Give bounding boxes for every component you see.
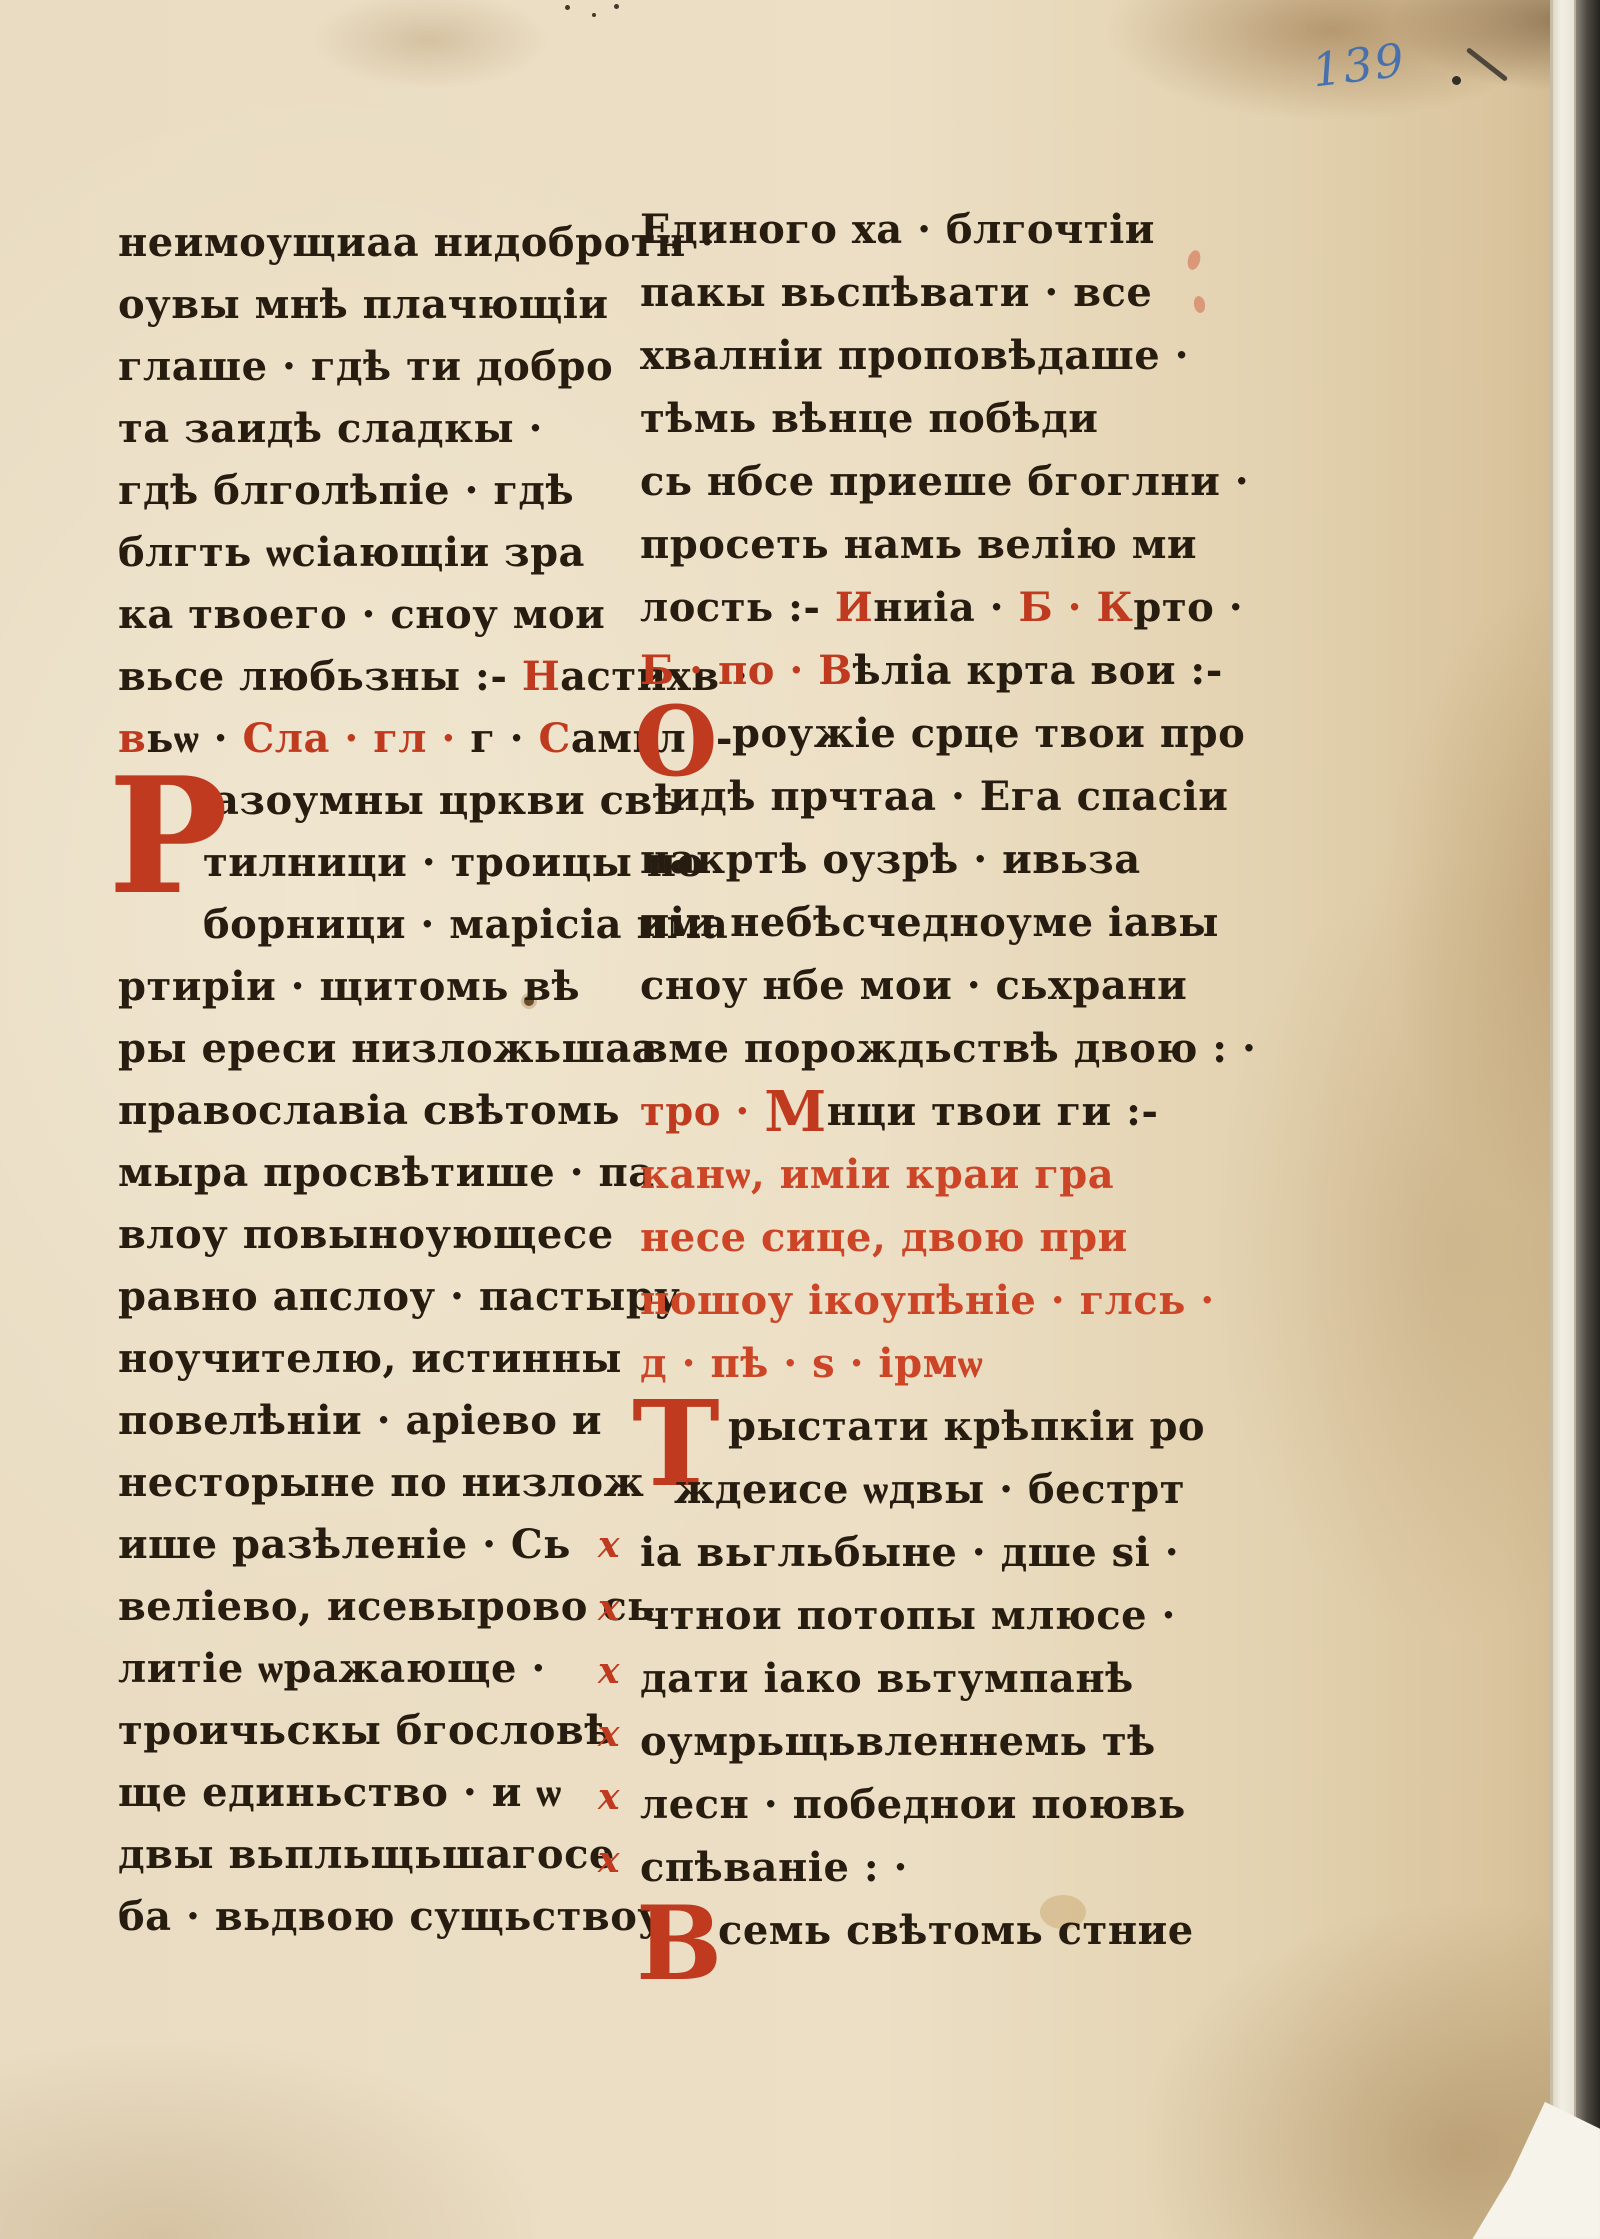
manuscript-line: хвалніи проповѣдаше · (640, 324, 1200, 387)
manuscript-line: сь нбсе приеше бгоглни · (640, 450, 1200, 513)
text-segment: сноу нбе мои · сьхрани (640, 962, 1187, 1009)
folio-number: 139 (1309, 32, 1409, 97)
manuscript-line: просеть намь велію ми (640, 513, 1200, 576)
manuscript-line: идѣ прчтаа · Ега спасіи (640, 765, 1200, 828)
text-segment: просеть намь велію ми (640, 521, 1197, 568)
manuscript-line: равно апслоу · пастыру (118, 1266, 643, 1328)
text-segment: іа вьгльбыне · дше ѕі · (640, 1529, 1179, 1576)
text-segment: несторыне по низлож (118, 1459, 644, 1506)
verse-mark-icon: х (598, 1779, 620, 1815)
manuscript-line: веліево, исевырово сь (118, 1576, 643, 1638)
manuscript-line: православіа свѣтомь (118, 1080, 643, 1142)
text-segment: роужіе срце твои про (732, 710, 1245, 757)
manuscript-line: ще единьство · и ѡ (118, 1762, 643, 1824)
manuscript-line: литіе ѡражающе · (118, 1638, 643, 1700)
text-segment: Б · К (1019, 584, 1134, 631)
text-segment: Единого ха · блгочтіи (640, 206, 1155, 253)
text-segment: г · (470, 715, 538, 762)
manuscript-line: неимоущиаа нидобротн · (118, 212, 643, 274)
manuscript-line: мыра просвѣтише · па (118, 1142, 643, 1204)
verse-mark-icon: х (598, 1590, 620, 1626)
manuscript-photo: 139 неимоущиаа нидобротн ·оувы мнѣ плачю… (0, 0, 1600, 2239)
manuscript-line: тѣмь вѣнце побѣди (640, 387, 1200, 450)
manuscript-line: Трыстати крѣпкіи ро (640, 1395, 1200, 1458)
text-segment: И (835, 584, 873, 631)
verse-mark-icon: х (598, 1653, 620, 1689)
text-segment: православіа свѣтомь (118, 1087, 620, 1134)
verse-mark-icon: х (598, 1716, 620, 1752)
manuscript-line: д · пѣ · ѕ · ірмѡ (640, 1332, 1200, 1395)
manuscript-line: сноу нбе мои · сьхрани (640, 954, 1200, 1017)
text-segment: ждеисе ѡдвы · бестрт (674, 1466, 1185, 1513)
text-segment: оумрьщьвленнемь тѣ (640, 1718, 1156, 1765)
verse-mark-icon: х (598, 1527, 620, 1563)
speck-stain (614, 4, 619, 9)
manuscript-line: несторыне по низлож (118, 1452, 643, 1514)
column-right: Единого ха · блгочтіипакы вьспѣвати · вс… (640, 198, 1200, 1962)
text-segment: хвалніи проповѣдаше · (640, 332, 1189, 379)
text-segment: троичьскы бгословѣ (118, 1707, 613, 1754)
text-segment: вме порождьствѣ двою : · (640, 1025, 1256, 1072)
manuscript-line: хоумрьщьвленнемь тѣ (640, 1710, 1200, 1773)
manuscript-line: хдати іако вьтумпанѣ (640, 1647, 1200, 1710)
manuscript-line: ношоу ікоупѣніе · глсь · (640, 1269, 1200, 1332)
manuscript-line: Единого ха · блгочтіи (640, 198, 1200, 261)
manuscript-line: троичьскы бгословѣ (118, 1700, 643, 1762)
manuscript-line: піи небѣсчедноуме іавы (640, 891, 1200, 954)
manuscript-line: гдѣ блголѣпіе · гдѣ (118, 460, 643, 522)
manuscript-line: ка твоего · сноу мои (118, 584, 643, 646)
text-segment: литіе ѡражающе · (118, 1645, 546, 1692)
verse-mark-icon: х (598, 1842, 620, 1878)
text-segment: неимоущиаа нидобротн · (118, 219, 715, 266)
manuscript-line: вьсе любьзны :- Настихв · (118, 646, 643, 708)
text-segment: ртиріи · щитомь вѣ (118, 963, 580, 1010)
text-segment: ношоу ікоупѣніе · глсь · (640, 1277, 1215, 1324)
text-segment: Н (522, 653, 560, 700)
manuscript-line: пакы вьспѣвати · все (640, 261, 1200, 324)
text-segment: оувы мнѣ плачющіи (118, 281, 609, 328)
backdrop-edge (1576, 0, 1600, 2239)
manuscript-line: блгть ѡсіающіи зра (118, 522, 643, 584)
manuscript-line: тилници · троицы по (118, 832, 643, 894)
text-segment: нци твои ги :- (827, 1088, 1159, 1135)
manuscript-line: ише разѣленіе · Сь (118, 1514, 643, 1576)
text-segment: канѡ, иміи краи гра (640, 1151, 1114, 1198)
manuscript-line: вме порождьствѣ двою : · (640, 1017, 1200, 1080)
text-segment: семь свѣтомь стние (718, 1907, 1194, 1954)
manuscript-line: канѡ, иміи краи гра (640, 1143, 1200, 1206)
page-edge-underpages (1550, 0, 1576, 2239)
column-left: неимоущиаа нидобротн ·оувы мнѣ плачющіиг… (118, 212, 643, 1948)
text-segment: тро · (640, 1088, 764, 1135)
text-segment: идѣ прчтаа · Ега спасіи (670, 773, 1228, 820)
manuscript-line: тро · Мнци твои ги :- (640, 1080, 1200, 1143)
drop-cap-initial: В (636, 1893, 723, 1995)
speck-stain (592, 13, 596, 17)
manuscript-line: накртѣ оузрѣ · ивьза (640, 828, 1200, 891)
manuscript-line: ждеисе ѡдвы · бестрт (640, 1458, 1200, 1521)
text-segment: вьсе любьзны :- (118, 653, 522, 700)
text-segment: сь нбсе приеше бгоглни · (640, 458, 1249, 505)
text-segment: та заидѣ сладкы · (118, 405, 543, 452)
text-segment: тилници · троицы по (203, 839, 704, 886)
manuscript-line: двы вьпльщьшагосе (118, 1824, 643, 1886)
ink-dot-stain (1452, 76, 1461, 85)
text-segment: М (764, 1079, 827, 1145)
speck-stain (565, 5, 570, 10)
text-segment: С (539, 715, 571, 762)
manuscript-line: глаше · гдѣ ти добро (118, 336, 643, 398)
text-segment: піи небѣсчедноуме іавы (640, 899, 1219, 946)
manuscript-line: Разоумны цркви свѣ (118, 770, 643, 832)
text-segment: ба · вьдвою сущьствоу (118, 1893, 664, 1940)
manuscript-line: повелѣніи · аріево и (118, 1390, 643, 1452)
text-segment: ѣліа крта вои :- (853, 647, 1223, 694)
manuscript-line: ры ереси низложьшаа · (118, 1018, 643, 1080)
text-segment: мыра просвѣтише · па (118, 1149, 655, 1196)
text-segment: ще единьство · и ѡ (118, 1769, 562, 1816)
manuscript-line: оувы мнѣ плачющіи (118, 274, 643, 336)
manuscript-line: хспѣваніе : · (640, 1836, 1200, 1899)
manuscript-line: Б · по · Вѣліа крта вои :- (640, 639, 1200, 702)
manuscript-line: та заидѣ сладкы · (118, 398, 643, 460)
text-segment: равно апслоу · пастыру (118, 1273, 680, 1320)
text-segment: ниіа · (873, 584, 1018, 631)
manuscript-line: несе сице, двою при (640, 1206, 1200, 1269)
text-segment: пакы вьспѣвати · все (640, 269, 1152, 316)
text-segment: ры ереси низложьшаа · (118, 1025, 687, 1072)
manuscript-line: ноучителю, истинны (118, 1328, 643, 1390)
text-segment: тѣмь вѣнце побѣди (640, 395, 1098, 442)
text-segment: дати іако вьтумпанѣ (640, 1655, 1134, 1702)
text-segment: глаше · гдѣ ти добро (118, 343, 613, 390)
manuscript-line: хіа вьгльбыне · дше ѕі · (640, 1521, 1200, 1584)
text-segment: рыстати крѣпкіи ро (728, 1403, 1205, 1450)
text-segment: несе сице, двою при (640, 1214, 1128, 1261)
text-segment: ише разѣленіе · Сь (118, 1521, 571, 1568)
manuscript-line: ба · вьдвою сущьствоу (118, 1886, 643, 1948)
text-segment: Сла · гл · (242, 715, 470, 762)
text-segment: влоу повыноующесе (118, 1211, 614, 1258)
manuscript-line: ртиріи · щитомь вѣ (118, 956, 643, 1018)
text-segment: В (818, 647, 852, 694)
text-segment: блгть ѡсіающіи зра (118, 529, 585, 576)
text-segment: азоумны цркви свѣ (213, 777, 681, 824)
text-segment: ноучителю, истинны (118, 1335, 622, 1382)
text-segment: гдѣ блголѣпіе · гдѣ (118, 467, 574, 514)
text-segment: ка твоего · сноу мои (118, 591, 605, 638)
manuscript-line: влоу повыноующесе (118, 1204, 643, 1266)
manuscript-line: Всемь свѣтомь стние (640, 1899, 1200, 1962)
text-segment: лость :- (640, 584, 835, 631)
manuscript-line: борници · марісіа има (118, 894, 643, 956)
text-segment: лесн · победнои поювь (640, 1781, 1186, 1828)
manuscript-line: хчтнои потопы млюсе · (640, 1584, 1200, 1647)
text-segment: накртѣ оузрѣ · ивьза (640, 836, 1141, 883)
text-segment: веліево, исевырово сь (118, 1583, 655, 1630)
text-segment: рто · (1133, 584, 1243, 631)
manuscript-line: Ороужіе срце твои про (640, 702, 1200, 765)
manuscript-line: лость :- Иниіа · Б · Крто · (640, 576, 1200, 639)
manuscript-line: хлесн · победнои поювь (640, 1773, 1200, 1836)
text-segment: двы вьпльщьшагосе (118, 1831, 615, 1878)
text-segment: повелѣніи · аріево и (118, 1397, 602, 1444)
text-segment: чтнои потопы млюсе · (640, 1592, 1176, 1639)
